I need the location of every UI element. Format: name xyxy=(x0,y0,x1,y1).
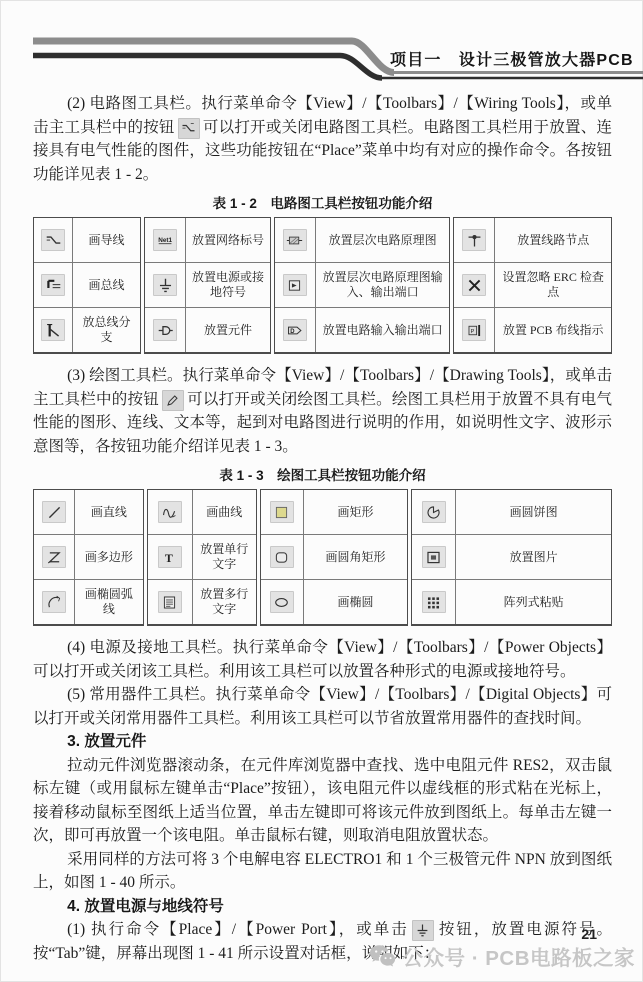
section-heading-power-ground: 4. 放置电源与地线符号 xyxy=(33,895,612,919)
draw-pie-icon xyxy=(422,501,446,523)
table-icon-cell xyxy=(454,263,495,307)
table-label-cell: 放总线分支 xyxy=(73,308,140,352)
paragraph-place-resistor: 拉动元件浏览器滚动条，在元件库浏览器中查找、选中电阻元件 RES2，双击鼠标左键… xyxy=(33,754,612,848)
table-1-2-caption: 表 1 - 2 电路图工具栏按钮功能介绍 xyxy=(33,195,612,212)
table-row: 放置层次电路原理图 xyxy=(275,218,449,262)
table-row: 画多边形 xyxy=(34,534,143,579)
text-run: (4) 电源及接地工具栏。执行菜单命令【View】/【Toolbars】/【Po… xyxy=(33,639,612,680)
table-row: 画曲线 xyxy=(148,490,256,534)
table-row: 画椭圆 xyxy=(261,579,408,624)
table-row: 画圆饼图 xyxy=(412,490,611,534)
page-body: (2) 电路图工具栏。执行菜单命令【View】/【Toolbars】/【Wiri… xyxy=(33,92,612,965)
table-label-cell: 放置 PCB 布线指示 xyxy=(495,308,611,352)
table-row: 放置元件 xyxy=(145,307,270,352)
table-row: 设置忽略 ERC 检查点 xyxy=(454,262,611,307)
draw-ellipse-icon xyxy=(270,591,294,613)
table-label-cell: 放置网络标号 xyxy=(186,218,270,262)
table-label-cell: 放置线路节点 xyxy=(495,218,611,262)
table-label-cell: 画直线 xyxy=(75,490,143,534)
table-label-cell: 阵列式粘贴 xyxy=(456,580,611,624)
table-column-group: 画曲线T放置单行文字放置多行文字 xyxy=(147,489,257,626)
place-text-icon: T xyxy=(158,546,182,568)
table-row: P放置 PCB 布线指示 xyxy=(454,307,611,352)
table-icon-cell xyxy=(34,263,73,307)
text-run: (5) 常用器件工具栏。执行菜单命令【View】/【Toolbars】/【Dig… xyxy=(33,686,612,727)
table-icon-cell xyxy=(145,308,186,352)
table-label-cell: 放置单行文字 xyxy=(193,535,256,579)
text-run: 拉动元件浏览器滚动条，在元件库浏览器中查找、选中电阻元件 RES2，双击鼠标左键… xyxy=(33,757,612,845)
page-number: 21 xyxy=(581,926,597,942)
power-port-button-icon xyxy=(412,920,434,941)
sheet-symbol-icon xyxy=(283,229,307,251)
table-label-cell: 画多边形 xyxy=(75,535,143,579)
table-label-cell: 放置电路输入输出端口 xyxy=(316,308,449,352)
table-row: 画圆角矩形 xyxy=(261,534,408,579)
table-row: 放置多行文字 xyxy=(148,579,256,624)
table-icon-cell xyxy=(412,490,456,534)
no-erc-icon xyxy=(462,274,486,296)
table-label-cell: 放置元件 xyxy=(186,308,270,352)
table-label-cell: 设置忽略 ERC 检查点 xyxy=(495,263,611,307)
table-icon-cell xyxy=(34,308,73,352)
svg-text:Net1: Net1 xyxy=(158,237,172,244)
table-row: 画直线 xyxy=(34,490,143,534)
table-label-cell: 放置层次电路原理图输入、输出端口 xyxy=(316,263,449,307)
sheet-entry-icon xyxy=(283,274,307,296)
table-1-3-caption: 表 1 - 3 绘图工具栏按钮功能介绍 xyxy=(33,467,612,484)
table-label-cell: 画总线 xyxy=(73,263,140,307)
draw-arc-icon xyxy=(42,591,66,613)
table-icon-cell xyxy=(261,580,304,624)
table-1-2: 画导线画总线放总线分支Net1放置网络标号放置电源或接地符号放置元件放置层次电路… xyxy=(33,217,612,354)
draw-curve-icon xyxy=(158,501,182,523)
draw-bus-icon xyxy=(41,274,65,296)
place-picture-icon xyxy=(422,546,446,568)
table-icon-cell xyxy=(145,263,186,307)
table-column-group: 画导线画总线放总线分支 xyxy=(33,217,141,354)
table-row: T放置单行文字 xyxy=(148,534,256,579)
table-row: 画椭圆弧线 xyxy=(34,579,143,624)
table-1-3: 画直线画多边形画椭圆弧线画曲线T放置单行文字放置多行文字画矩形画圆角矩形画椭圆画… xyxy=(33,489,612,626)
paragraph-wiring-toolbar: (2) 电路图工具栏。执行菜单命令【View】/【Toolbars】/【Wiri… xyxy=(33,92,612,186)
watermark: 公众号 · PCB电路板之家 xyxy=(369,941,636,971)
table-icon-cell xyxy=(34,490,75,534)
table-icon-cell: D xyxy=(275,308,316,352)
table-label-cell: 画矩形 xyxy=(304,490,408,534)
table-icon-cell: Net1 xyxy=(145,218,186,262)
svg-text:D: D xyxy=(291,328,296,334)
draw-rect-icon xyxy=(270,501,294,523)
paragraph-place-capacitor: 采用同样的方法可将 3 个电解电容 ELECTRO1 和 1 个三极管元件 NP… xyxy=(33,848,612,895)
paragraph-digital-toolbar: (5) 常用器件工具栏。执行菜单命令【View】/【Toolbars】/【Dig… xyxy=(33,683,612,730)
table-row: 阵列式粘贴 xyxy=(412,579,611,624)
power-ground-icon xyxy=(153,274,177,296)
table-icon-cell: T xyxy=(148,535,193,579)
table-icon-cell xyxy=(34,580,75,624)
table-label-cell: 画椭圆 xyxy=(304,580,408,624)
table-icon-cell xyxy=(148,580,193,624)
table-row: 画导线 xyxy=(34,218,140,262)
table-icon-cell: P xyxy=(454,308,495,352)
wiring-tools-button-icon xyxy=(178,118,200,139)
array-paste-icon xyxy=(422,591,446,613)
svg-text:P: P xyxy=(471,328,475,334)
drawing-tools-button-icon xyxy=(162,390,184,411)
page-header: 项目一 设计三极管放大器PCB xyxy=(0,0,643,90)
table-column-group: 画直线画多边形画椭圆弧线 xyxy=(33,489,144,626)
text-run: (1) 执行命令【Place】/【Power Port】，或单击 xyxy=(67,921,409,938)
table-label-cell: 画椭圆弧线 xyxy=(75,580,143,624)
table-column-group: 放置层次电路原理图放置层次电路原理图输入、输出端口D放置电路输入输出端口 xyxy=(274,217,450,354)
table-label-cell: 放置层次电路原理图 xyxy=(316,218,449,262)
table-row: 画矩形 xyxy=(261,490,408,534)
table-icon-cell xyxy=(34,218,73,262)
wechat-icon xyxy=(369,944,396,968)
book-page: 项目一 设计三极管放大器PCB (2) 电路图工具栏。执行菜单命令【View】/… xyxy=(0,0,643,982)
header-band-graphic xyxy=(0,0,643,90)
table-label-cell: 放置图片 xyxy=(456,535,611,579)
svg-text:T: T xyxy=(165,551,173,565)
table-column-group: 画矩形画圆角矩形画椭圆 xyxy=(260,489,409,626)
bus-entry-icon xyxy=(41,319,65,341)
table-row: 放置线路节点 xyxy=(454,218,611,262)
table-icon-cell xyxy=(412,535,456,579)
table-icon-cell xyxy=(148,490,193,534)
table-row: 画总线 xyxy=(34,262,140,307)
table-label-cell: 画曲线 xyxy=(193,490,256,534)
table-icon-cell xyxy=(34,535,75,579)
table-row: 放置层次电路原理图输入、输出端口 xyxy=(275,262,449,307)
table-row: 放置电源或接地符号 xyxy=(145,262,270,307)
watermark-text: 公众号 · PCB电路板之家 xyxy=(403,941,636,971)
table-label-cell: 画圆饼图 xyxy=(456,490,611,534)
rounded-rect-icon xyxy=(270,546,294,568)
paragraph-drawing-toolbar: (3) 绘图工具栏。执行菜单命令【View】/【Toolbars】/【Drawi… xyxy=(33,364,612,458)
section-heading-place-parts: 3. 放置元件 xyxy=(33,730,612,754)
table-label-cell: 画圆角矩形 xyxy=(304,535,408,579)
table-column-group: 放置线路节点设置忽略 ERC 检查点P放置 PCB 布线指示 xyxy=(453,217,612,354)
paragraph-power-toolbar: (4) 电源及接地工具栏。执行菜单命令【View】/【Toolbars】/【Po… xyxy=(33,636,612,683)
table-column-group: Net1放置网络标号放置电源或接地符号放置元件 xyxy=(144,217,271,354)
port-icon: D xyxy=(283,319,307,341)
table-label-cell: 放置电源或接地符号 xyxy=(186,263,270,307)
net-label-icon: Net1 xyxy=(153,229,177,251)
pcb-directive-icon: P xyxy=(462,319,486,341)
table-icon-cell xyxy=(275,263,316,307)
draw-polygon-icon xyxy=(42,546,66,568)
chapter-title: 项目一 设计三极管放大器PCB xyxy=(390,47,612,70)
table-row: 放置图片 xyxy=(412,534,611,579)
table-icon-cell xyxy=(261,535,304,579)
table-icon-cell xyxy=(454,218,495,262)
table-label-cell: 放置多行文字 xyxy=(193,580,256,624)
table-column-group: 画圆饼图放置图片阵列式粘贴 xyxy=(411,489,612,626)
table-icon-cell xyxy=(275,218,316,262)
table-row: Net1放置网络标号 xyxy=(145,218,270,262)
draw-line-icon xyxy=(42,501,66,523)
place-multitext-icon xyxy=(158,591,182,613)
place-part-icon xyxy=(153,319,177,341)
table-row: 放总线分支 xyxy=(34,307,140,352)
text-run: 采用同样的方法可将 3 个电解电容 ELECTRO1 和 1 个三极管元件 NP… xyxy=(33,851,612,892)
table-icon-cell xyxy=(412,580,456,624)
table-row: D放置电路输入输出端口 xyxy=(275,307,449,352)
junction-icon xyxy=(462,229,486,251)
table-label-cell: 画导线 xyxy=(73,218,140,262)
table-icon-cell xyxy=(261,490,304,534)
draw-wire-icon xyxy=(41,229,65,251)
